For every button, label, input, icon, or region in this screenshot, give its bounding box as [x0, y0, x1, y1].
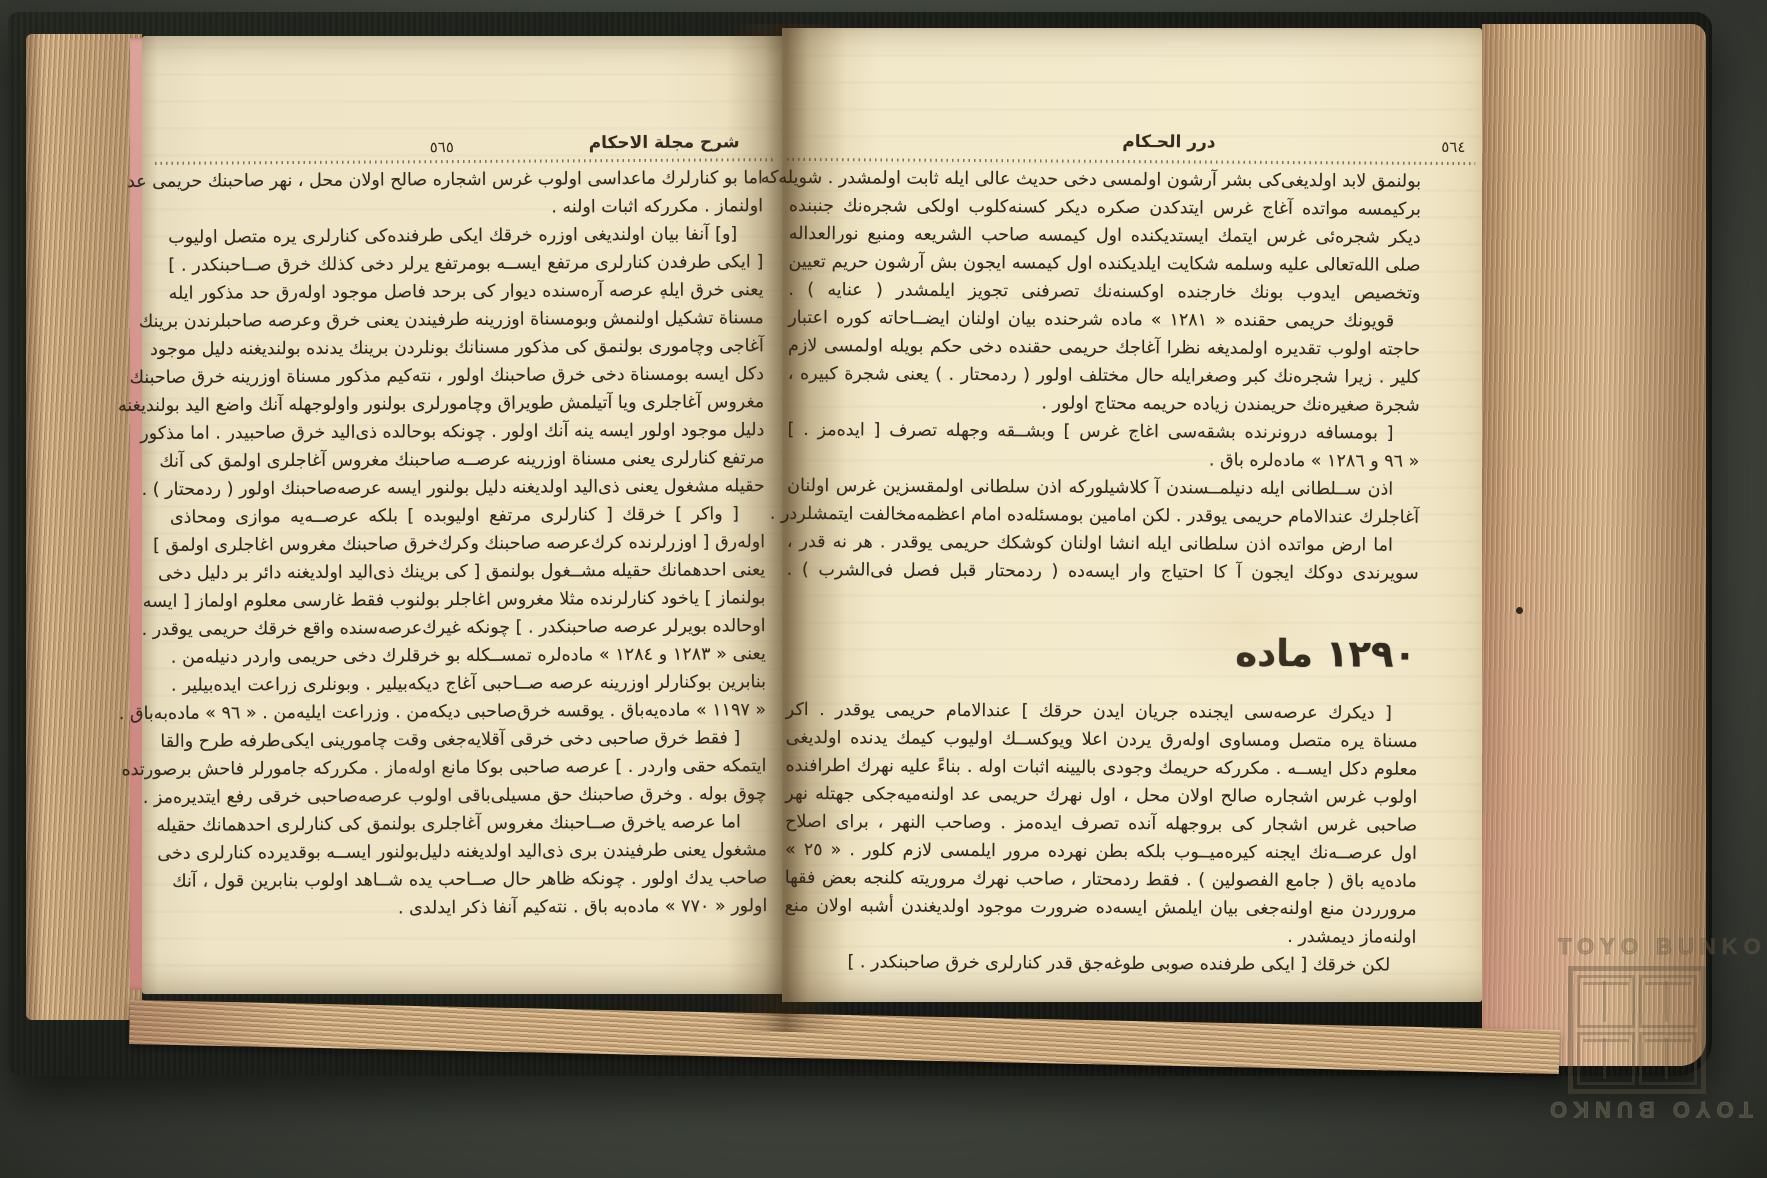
text-line: بولنماز ] ياخود كنارلرنده مثلا مغروس اغا…	[170, 584, 765, 616]
text-line: يعنى احدهمانك حقيله مشــغول بولنمق [ كى …	[170, 556, 765, 588]
text-line: اما بو كنارلرك ماعداسى اولوب غرس اشجاره …	[168, 164, 763, 196]
text-line: اولوب غرس اشجاره صالح اولان محل ، اول نه…	[785, 780, 1417, 812]
text-line: « ٩٦ و ١٢٨٦ » ماده‌لره باق .	[787, 444, 1419, 476]
right-page-number: ٥٦٤	[1441, 138, 1465, 156]
text-line: چوق بوله . وخرق صاحبنك حق مسيلى‌باقى اول…	[172, 780, 767, 812]
left-body-text: اما بو كنارلرك ماعداسى اولوب غرس اشجاره …	[168, 164, 768, 924]
text-line: اما ارض مواتده اذن سلطانى ايله انشا اولن…	[787, 528, 1419, 560]
text-line: قويونك حريمى حقنده « ١٢٨١ » ماده شرحنده …	[788, 304, 1420, 336]
text-line: [و] آنفا بيان اولنديغى اوزره خرقك ايكى ط…	[168, 220, 763, 252]
text-line: صاحب يدك اولور . چونكه ظاهر حال صــاحب ي…	[172, 864, 767, 896]
text-line: ايتمكه حقى واردر . ] عرصه صاحبى بوكا مان…	[171, 752, 766, 784]
text-line: اول عرصــه‌نك ايجنه كيره‌ميــوب بلكه بطن…	[785, 836, 1417, 868]
text-line: دكل ايسه بومسناة دخى خرق صاحبنك اولور ، …	[169, 360, 764, 392]
text-line: « ١١٩٧ » ماده‌يه‌باق . يوقسه خرق‌صاحبى د…	[171, 696, 766, 728]
text-line: ديكر شجره‌ئى غرس ايتمك ايستديكنده اول كي…	[789, 220, 1421, 252]
text-line: صلى الله‌تعالى عليه وسلمه شكايت ايلديكند…	[788, 248, 1420, 280]
text-line: مسناة يره متصل ومساوى اوله‌رق يردن اعلا …	[786, 724, 1418, 756]
left-running-title: شرح مجلة الاحكام	[589, 132, 740, 153]
text-line: آغاجلرك عندالامام حريمى يوقدر . لكن امام…	[787, 500, 1419, 532]
text-line: [ فقط خرق صاحبى دخى خرقى آقلايه‌جغى وقت …	[171, 724, 766, 756]
text-line: اولور « ٧٧٠ » ماده‌به باق . نته‌كيم آنفا…	[172, 892, 767, 924]
left-page-number: ٥٦٥	[430, 138, 454, 156]
text-line: اوحالده بويرلر عرصه صاحبنكدر . ] چونكه غ…	[171, 612, 766, 644]
left-page: ٥٦٥ شرح مجلة الاحكام اما بو كنارلرك ماعد…	[142, 36, 782, 994]
text-line: آغاجى وچامورى بولنمق كى مذكور مسنانك بون…	[169, 332, 764, 364]
text-line: وتخصيص ايدوب بونك خارجنده اوكسنه‌نك تصرف…	[788, 276, 1420, 308]
text-line: يعنى خرق ايله عرصه آره‌سنده ديوار كى برح…	[168, 276, 763, 308]
text-line: صاحبى غرس اشجار كى بروجهله آنده تصرف ايد…	[785, 808, 1417, 840]
text-line: دليل موجود اولور ايسه ينه آنك اولور . چو…	[169, 416, 764, 448]
text-line: [ واكر ] خرقك [ كنارلرى مرتفع اوليوبده ]…	[170, 500, 765, 532]
text-line: سويرندى دوكك ايجون آ كا احتياج وار ايسه‌…	[787, 556, 1419, 588]
text-line: معلوم دكل ايســه . مكرركه حريمك وجودى با…	[785, 752, 1417, 784]
text-line: [ ديكرك عرصه‌سى ايجنده جريان ايدن حرقك ]…	[786, 696, 1418, 728]
text-line: بولنمق لابد اولديغى‌كى بشر آرشون اولمسى …	[789, 164, 1421, 196]
fore-edge-right	[1482, 24, 1706, 1066]
right-body-text: بولنمق لابد اولديغى‌كى بشر آرشون اولمسى …	[784, 164, 1421, 980]
text-line: بنابرين بوكنارلر اوزرينه عرصه صــاحبى آغ…	[171, 668, 766, 700]
text-line: [ بومسافه درونرنده بشقه‌سى اغاج غرس ] وب…	[787, 416, 1419, 448]
text-line: مغروس آغاجلرى ويا آتيلمش طويراق وچامورلر…	[169, 388, 764, 420]
text-line: اولنماز . مكرركه اثبات اولنه .	[168, 192, 763, 224]
dust-speck	[662, 296, 665, 299]
left-page-surface: ٥٦٥ شرح مجلة الاحكام اما بو كنارلرك ماعد…	[142, 34, 788, 996]
text-line: مسناة تشكيل اولنمش وبومسناة اوزرينه طرفي…	[169, 304, 764, 336]
dust-speck	[1516, 607, 1523, 614]
right-running-title: درر الحـكام	[1122, 132, 1215, 153]
text-line: اولنه‌ماز ديمشدر .	[784, 920, 1416, 952]
article-heading: ١٢٩٠ ماده	[786, 612, 1418, 694]
text-line: حقيله مشغول يعنى ذى‌اليد اولديغنه دليل ب…	[170, 472, 765, 504]
text-line: شجرة صغيره‌نك حريمندن زياده حريمه محتاج …	[788, 388, 1420, 420]
text-line: اذن ســلطانى ايله دنيلمــسندن آ كلاشيلور…	[787, 472, 1419, 504]
text-line: مشغول يعنى طرفيندن برى ذى‌اليد اولديغنه …	[172, 836, 767, 868]
photo-backdrop: ٥٦٥ شرح مجلة الاحكام اما بو كنارلرك ماعد…	[0, 0, 1767, 1178]
text-line: اما عرصه ياخرق صــاحبنك مغروس آغاجلرى بو…	[172, 808, 767, 840]
right-page-surface: درر الحـكام ٥٦٤ بولنمق لابد اولديغى‌كى ب…	[776, 26, 1482, 1004]
text-line: حاجته اولوب تقديره اولمديغه نظرا آغاجك ح…	[788, 332, 1420, 364]
text-line: يعنى « ١٢٨٣ و ١٢٨٤ » ماده‌لره تمســكله ب…	[171, 640, 766, 672]
text-line: مرورردن منع اولنه‌جغى بيان ايلمش ايسه‌ده…	[785, 892, 1417, 924]
fore-edge-left	[26, 34, 142, 1020]
text-line: اوله‌رق [ اوزرلرنده كرك‌عرصه صاحبنك وكرك…	[170, 528, 765, 560]
text-line: بركيمسه مواتده آغاج غرس ايتدكدن صكره ديك…	[789, 192, 1421, 224]
text-line: [ ايكى طرفدن كنارلرى مرتفع ايســه بومرتف…	[168, 248, 763, 280]
right-page: درر الحـكام ٥٦٤ بولنمق لابد اولديغى‌كى ب…	[782, 28, 1482, 1002]
text-line: كلير . زيرا شجره‌نك كبر وصغرايله حال مخت…	[788, 360, 1420, 392]
text-line: مرتفع كنارلرى يعنى مسناة اوزرينه عرصــه …	[170, 444, 765, 476]
text-line: ماده‌يه باق ( جامع الفصولين ) . فقط ردمح…	[785, 864, 1417, 896]
toyo-bunko-watermark-text-inverted: TOYO BUNKO	[1544, 1096, 1753, 1122]
text-line: لكن خرقك [ ايكى طرفنده صوبى طوغه‌جق قدر …	[784, 948, 1416, 980]
